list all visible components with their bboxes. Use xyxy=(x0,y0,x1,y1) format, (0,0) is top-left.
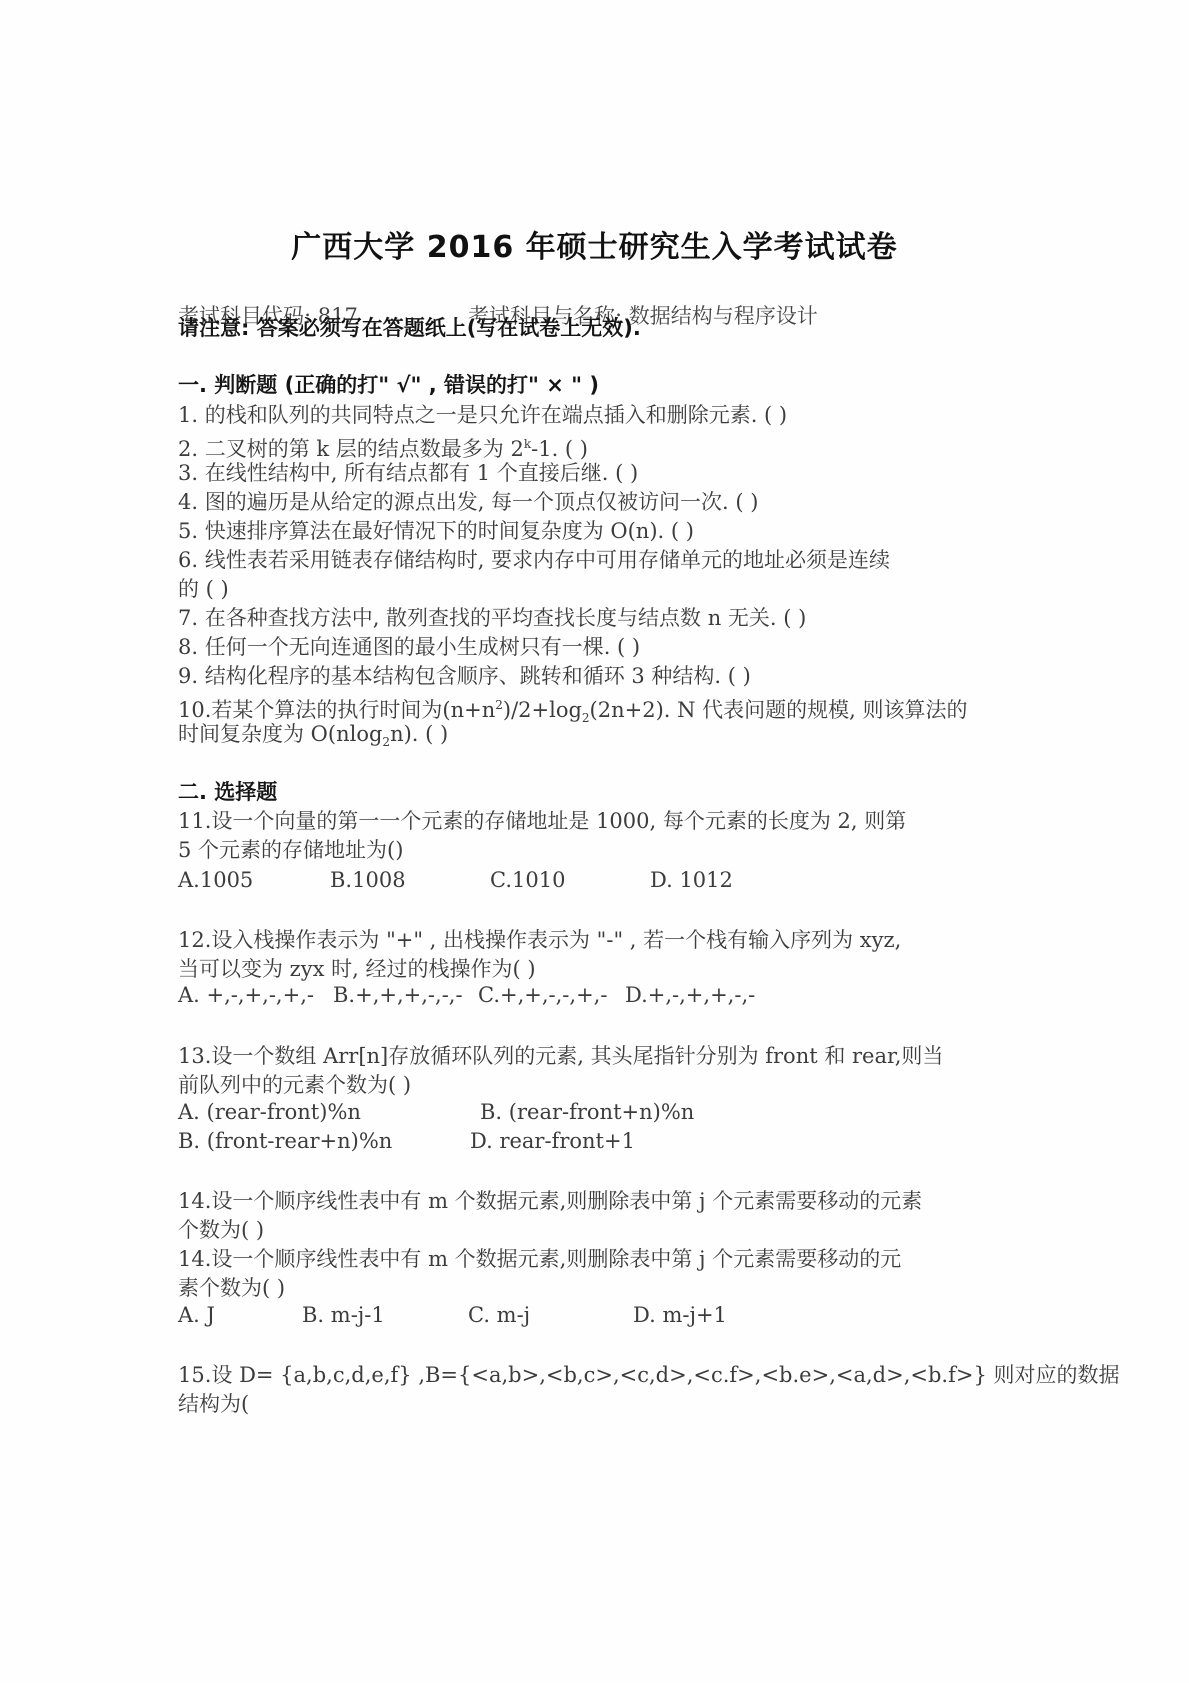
question-14b-line2: 素个数为( ) xyxy=(178,1273,285,1303)
q12-option-d: D.+,-,+,+,-,- xyxy=(625,983,755,1007)
question-12-line1: 12.设入栈操作表示为 "+" , 出栈操作表示为 "-" , 若一个栈有输入序… xyxy=(178,925,901,955)
question-12-line2: 当可以变为 zyx 时, 经过的栈操作为( ) xyxy=(178,954,536,984)
question-10-mid: )/2+log xyxy=(503,698,582,722)
q12-option-a: A. +,-,+,-,+,- xyxy=(178,983,314,1007)
q14-option-d: D. m-j+1 xyxy=(633,1303,727,1327)
question-4: 4. 图的遍历是从给定的源点出发, 每一个顶点仅被访问一次. ( ) xyxy=(178,487,758,517)
q12-option-b: B.+,+,+,-,-,- xyxy=(333,983,463,1007)
question-15-line2: 结构为( xyxy=(178,1389,249,1419)
question-8: 8. 任何一个无向连通图的最小生成树只有一棵. ( ) xyxy=(178,632,640,662)
question-6-line1: 6. 线性表若采用链表存储结构时, 要求内存中可用存储单元的地址必须是连续 xyxy=(178,545,890,575)
question-10-line2: 时间复杂度为 O(nlog2n). ( ) xyxy=(178,719,448,757)
question-1: 1. 的栈和队列的共同特点之一是只允许在端点插入和删除元素. ( ) xyxy=(178,400,787,430)
question-10b-tail: n). ( ) xyxy=(390,722,448,746)
q14-option-b: B. m-j-1 xyxy=(302,1303,385,1327)
question-10-sub: 2 xyxy=(582,711,590,725)
question-15-line1: 15.设 D= {a,b,c,d,e,f} ,B={<a,b>,<b,c>,<c… xyxy=(178,1360,1120,1390)
q13-option-b: B. (rear-front+n)%n xyxy=(480,1100,694,1124)
question-7: 7. 在各种查找方法中, 散列查找的平均查找长度与结点数 n 无关. ( ) xyxy=(178,603,806,633)
question-3: 3. 在线性结构中, 所有结点都有 1 个直接后继. ( ) xyxy=(178,458,638,488)
q11-option-b: B.1008 xyxy=(330,868,406,892)
q14-option-a: A. J xyxy=(178,1303,215,1327)
q14-option-c: C. m-j xyxy=(468,1303,530,1327)
question-9: 9. 结构化程序的基本结构包含顺序、跳转和循环 3 种结构. ( ) xyxy=(178,661,751,691)
section2-heading: 二. 选择题 xyxy=(178,777,277,807)
question-14a-line2: 个数为( ) xyxy=(178,1215,264,1245)
question-13-line1: 13.设一个数组 Arr[n]存放循环队列的元素, 其头尾指针分别为 front… xyxy=(178,1041,943,1071)
question-11-line2: 5 个元素的存储地址为() xyxy=(178,835,403,865)
question-11-line1: 11.设一个向量的第一一个元素的存储地址是 1000, 每个元素的长度为 2, … xyxy=(178,806,906,836)
q13-option-a: A. (rear-front)%n xyxy=(178,1100,361,1124)
section1-heading: 一. 判断题 (正确的打" √" , 错误的打" × " ) xyxy=(178,370,599,400)
q13-option-d: D. rear-front+1 xyxy=(470,1129,635,1153)
exam-page: 广西大学 2016 年硕士研究生入学考试试卷 考试科目代码: 817 考试科目与… xyxy=(0,0,1189,1683)
question-13-line2: 前队列中的元素个数为( ) xyxy=(178,1070,411,1100)
question-10b-text: 时间复杂度为 O(nlog xyxy=(178,722,382,746)
notice: 请注意: 答案必须写在答题纸上(写在试卷上无效). xyxy=(178,313,641,343)
question-14b-line1: 14.设一个顺序线性表中有 m 个数据元素,则删除表中第 j 个元素需要移动的元 xyxy=(178,1244,901,1274)
question-10-sup: 2 xyxy=(495,698,503,712)
q11-option-d: D. 1012 xyxy=(650,868,733,892)
page-title: 广西大学 2016 年硕士研究生入学考试试卷 xyxy=(0,222,1189,266)
question-5: 5. 快速排序算法在最好情况下的时间复杂度为 O(n). ( ) xyxy=(178,516,694,546)
question-10b-sub: 2 xyxy=(382,735,390,749)
question-14a-line1: 14.设一个顺序线性表中有 m 个数据元素,则删除表中第 j 个元素需要移动的元… xyxy=(178,1186,922,1216)
q13-option-c: B. (front-rear+n)%n xyxy=(178,1129,392,1153)
q11-option-a: A.1005 xyxy=(178,868,253,892)
question-6-line2: 的 ( ) xyxy=(178,574,229,604)
q11-option-c: C.1010 xyxy=(490,868,565,892)
q12-option-c: C.+,+,-,-,+,- xyxy=(478,983,607,1007)
question-10-tail: (2n+2). N 代表问题的规模, 则该算法的 xyxy=(590,698,968,722)
